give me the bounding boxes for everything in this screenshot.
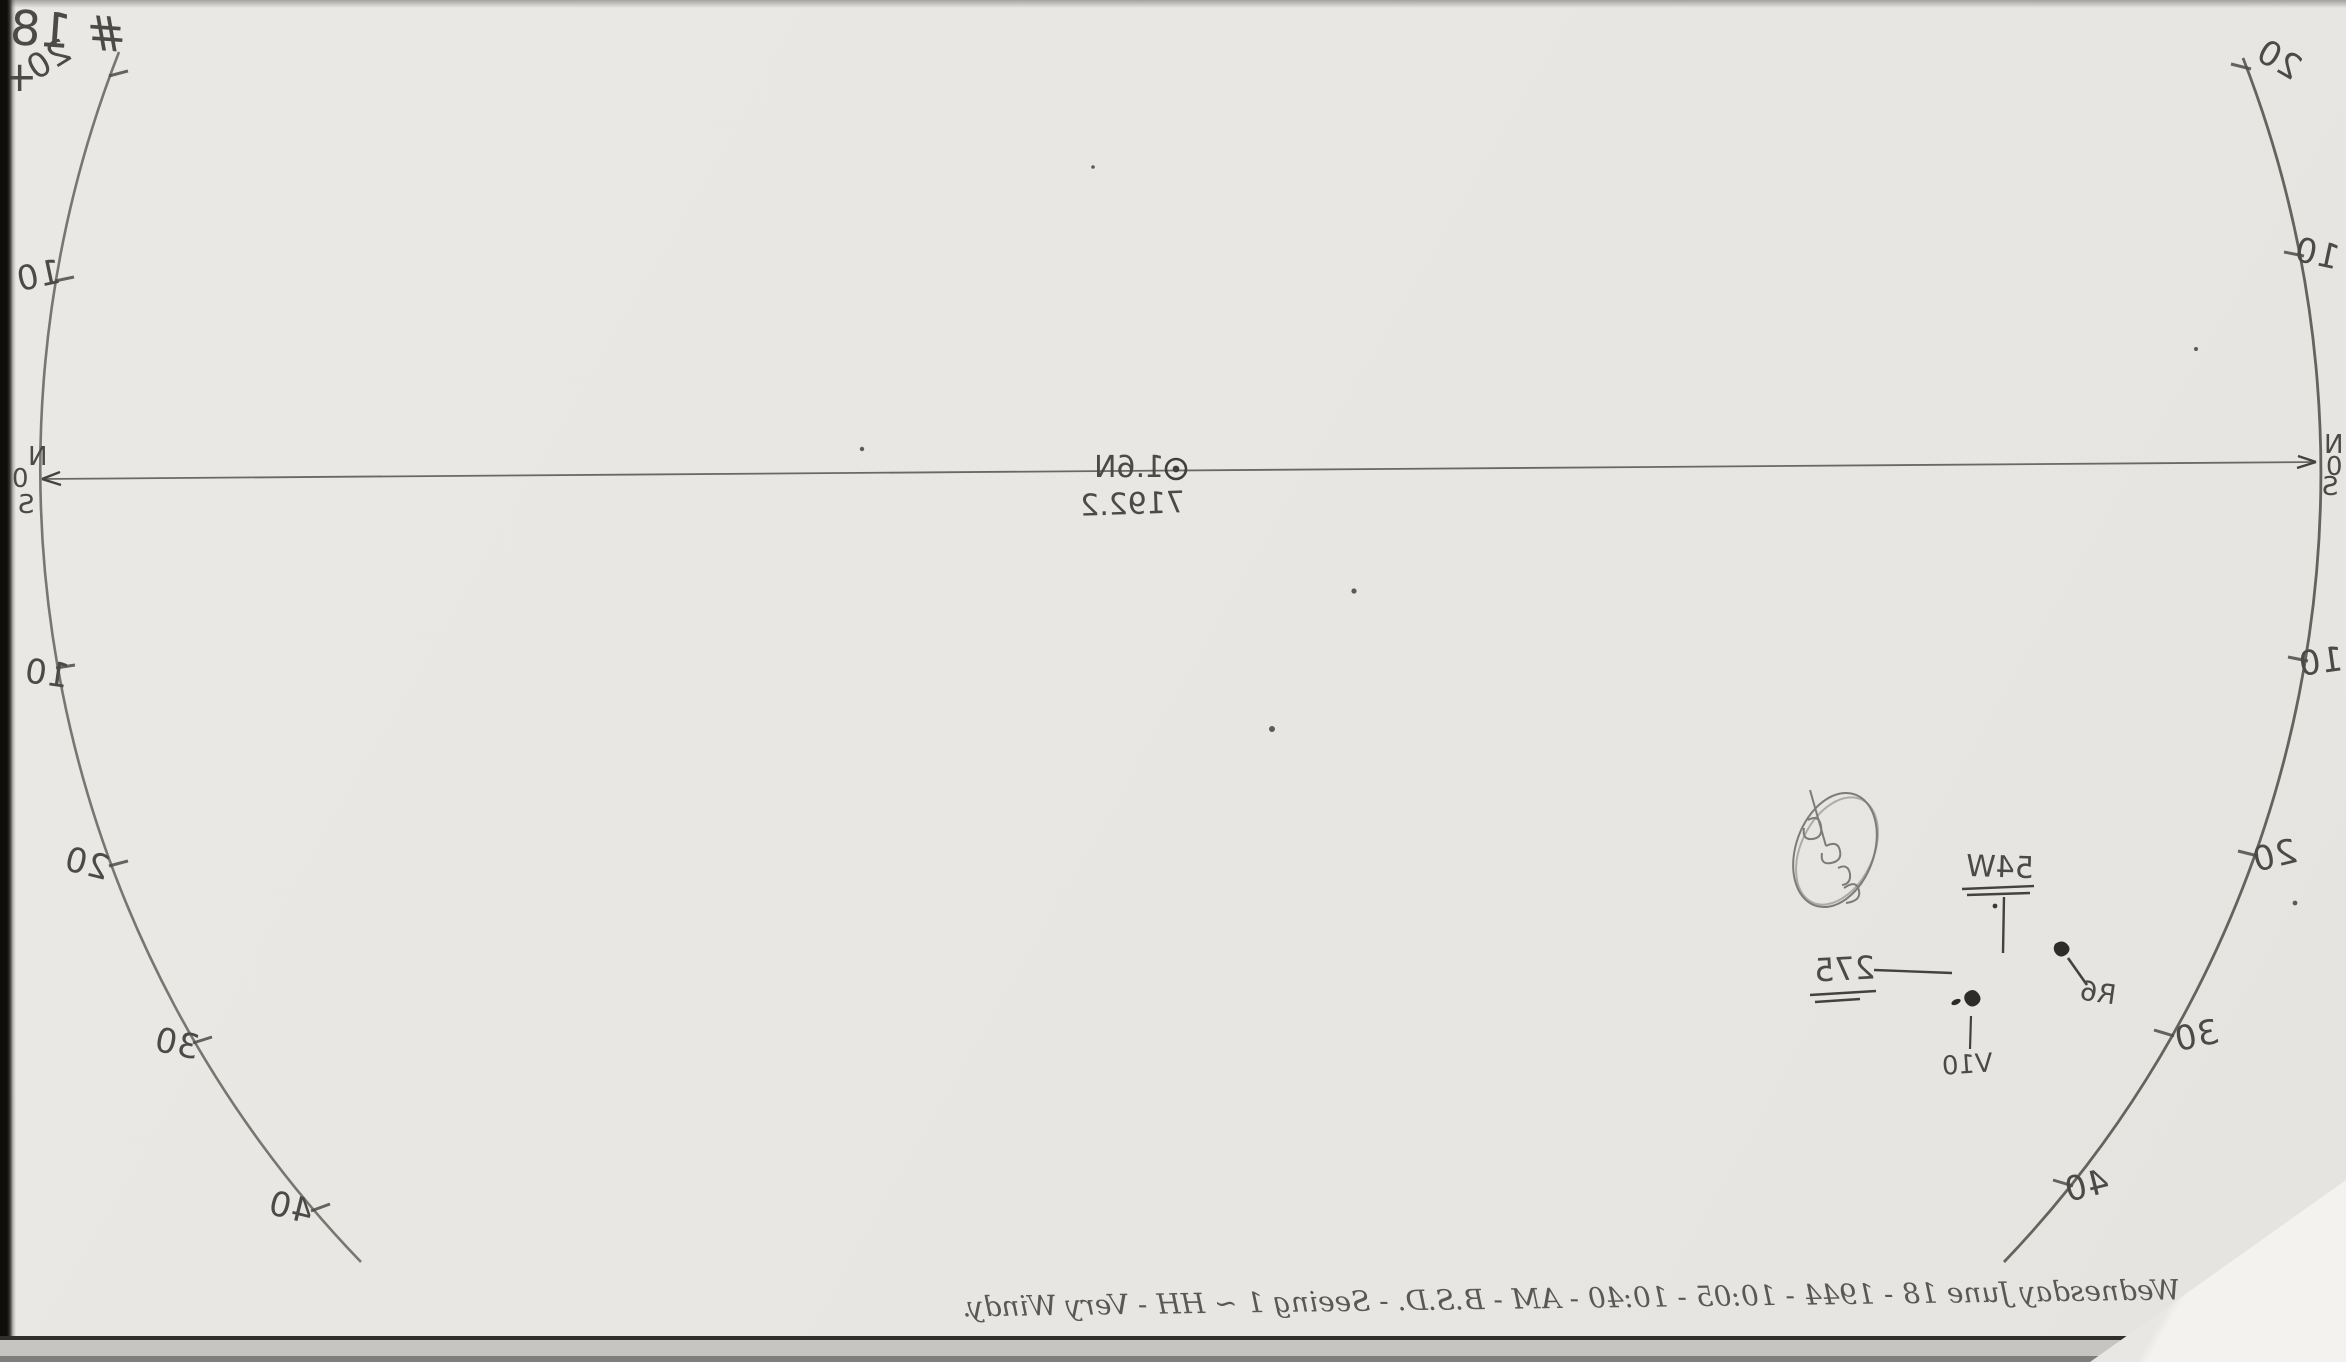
label-underline bbox=[1815, 999, 1860, 1002]
paper-speck bbox=[1269, 726, 1275, 732]
sunspot-v10-group bbox=[1950, 990, 1980, 1049]
paper-speck bbox=[1091, 165, 1095, 169]
left-scale-40s: 40 bbox=[268, 1188, 313, 1228]
paper-speck bbox=[2293, 901, 2298, 906]
sunspot-dot bbox=[1964, 990, 1980, 1007]
scan-bottom-band bbox=[0, 1340, 2346, 1356]
scan-bottom-shadow bbox=[0, 1356, 2346, 1362]
label-underline bbox=[1810, 991, 1876, 995]
paper-speck bbox=[2194, 347, 2198, 351]
paper-speck bbox=[1351, 588, 1356, 593]
right-scale-20n: 20 bbox=[2256, 40, 2301, 80]
paper-specks bbox=[860, 165, 2298, 905]
paper-speck bbox=[860, 447, 864, 451]
label-underline bbox=[1967, 893, 2030, 895]
center-latitude-label: 1.6N bbox=[1094, 450, 1164, 485]
spot-r6-label: R6 bbox=[2078, 976, 2118, 1012]
left-scale-10n: 10 bbox=[16, 256, 61, 296]
sunspot-dot bbox=[2054, 942, 2070, 957]
leader-line bbox=[1970, 1016, 1971, 1049]
sunspot-dot bbox=[1950, 998, 1961, 1007]
right-equator-s: S bbox=[2322, 472, 2339, 502]
latitude-tick bbox=[2231, 64, 2251, 69]
group-number-label: 7192.2 bbox=[1079, 485, 1185, 524]
solar-limb-right-arc bbox=[2004, 58, 2321, 1262]
scan-top-shadow bbox=[0, 0, 2346, 8]
solar-limb-left-arc bbox=[40, 52, 361, 1262]
sketch-oval-retrace bbox=[1780, 784, 1895, 918]
sketch-loop bbox=[1822, 844, 1841, 863]
pencil-dot bbox=[1993, 904, 1998, 909]
label-underline bbox=[1962, 886, 2034, 889]
right-scale-40s: 40 bbox=[2064, 1166, 2109, 1206]
left-scale-30s: 30 bbox=[154, 1024, 199, 1064]
right-scale-10s: 10 bbox=[2298, 642, 2343, 682]
left-scale-20s: 20 bbox=[64, 844, 109, 884]
left-equator-s: S bbox=[18, 490, 35, 520]
left-scale-10s: 10 bbox=[24, 654, 69, 694]
right-scale-10n: 10 bbox=[2294, 234, 2339, 274]
solar-drawing-canvas bbox=[0, 0, 2346, 1362]
leader-line bbox=[2003, 897, 2004, 953]
region-275-label: 275 bbox=[1813, 948, 1876, 989]
sunspot-group-sketch bbox=[1778, 781, 1894, 919]
scanned-notebook-page: # 18 + 20 10 N 0 S 10 20 30 40 20 10 N 0… bbox=[0, 0, 2346, 1362]
sketch-loop bbox=[1838, 866, 1850, 885]
leader-line bbox=[1874, 970, 1952, 973]
longitude-54w-label: 54W bbox=[1965, 849, 2034, 886]
label-54w-marks bbox=[1962, 886, 2034, 953]
left-scale-20n: 20 bbox=[26, 40, 71, 80]
spot-v10-label: V10 bbox=[1941, 1048, 1994, 1081]
right-scale-30s: 30 bbox=[2174, 1016, 2219, 1056]
latitude-tick bbox=[2154, 1030, 2174, 1036]
left-equator-n: N bbox=[28, 442, 47, 472]
scan-left-edge bbox=[0, 0, 16, 1362]
sun-center-icon bbox=[1166, 459, 1186, 479]
right-scale-20s: 20 bbox=[2252, 836, 2297, 876]
